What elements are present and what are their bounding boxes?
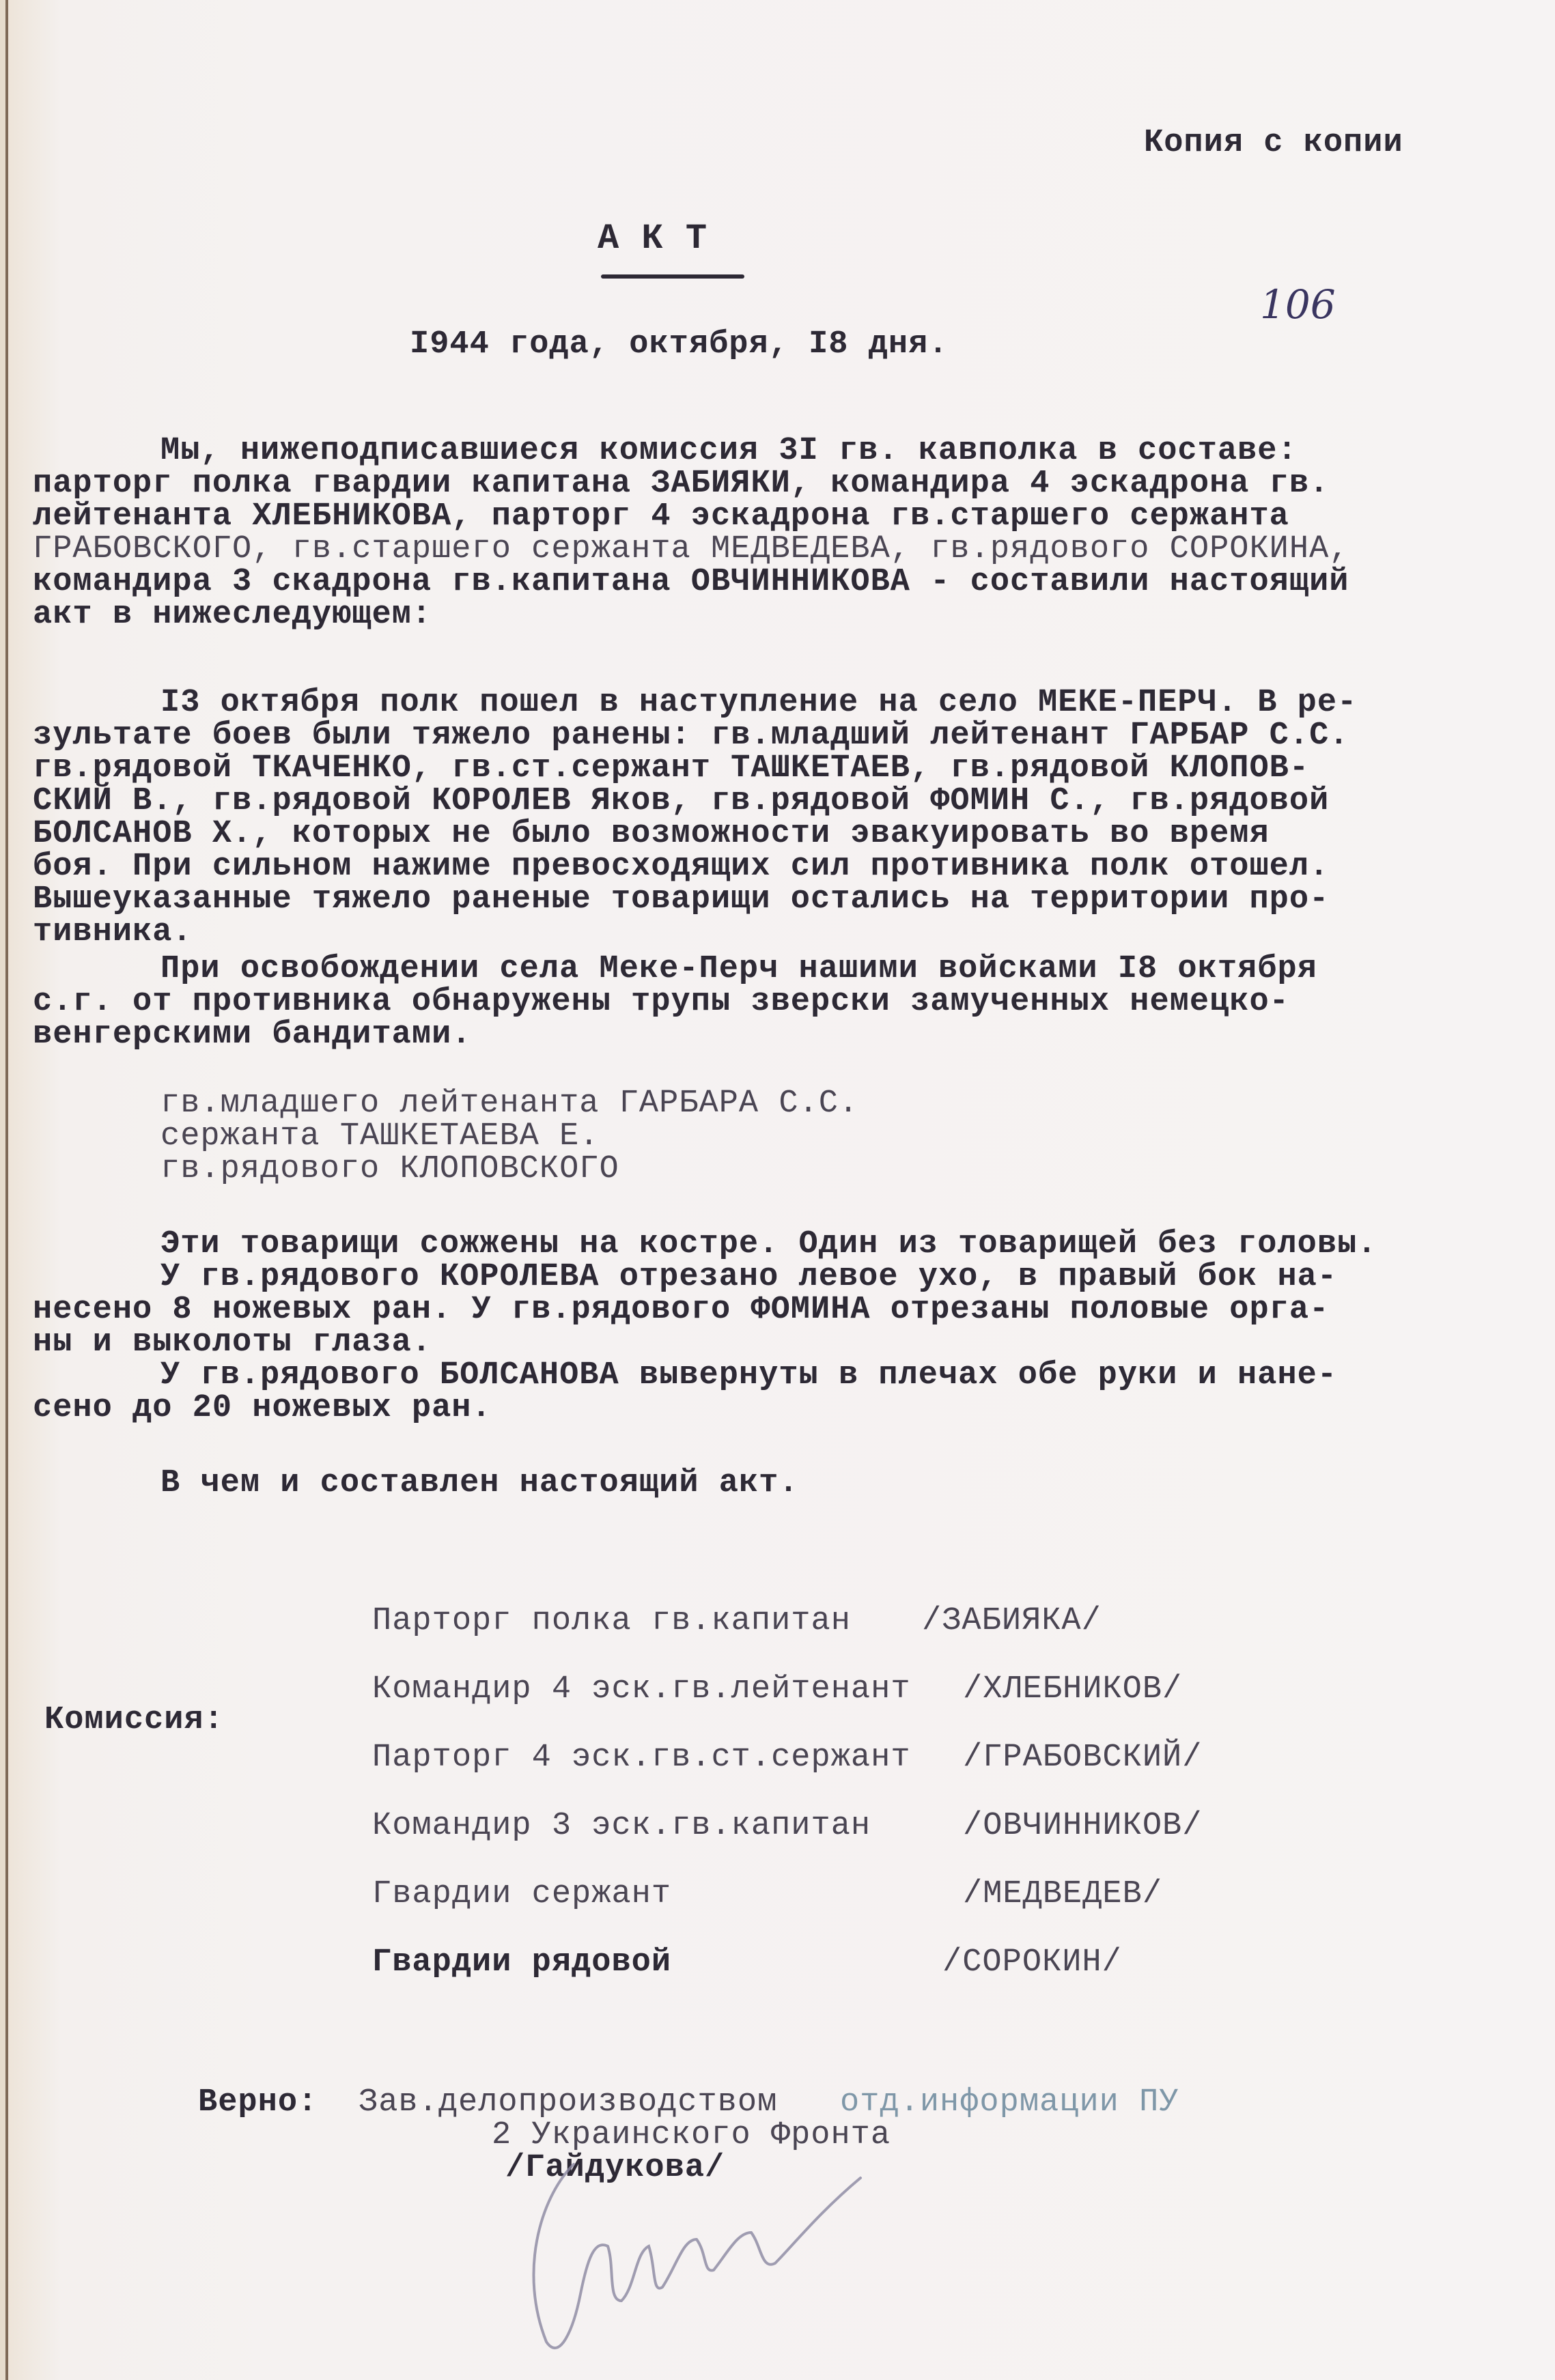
text-line: При освобождении села Меке-Перч нашими в… (160, 952, 1317, 987)
text-line: ГРАБОВСКОГО, гв.старшего сержанта МЕДВЕД… (33, 533, 1349, 567)
text-line: У гв.рядового КОРОЛЕВА отрезано левое ух… (160, 1260, 1337, 1294)
commission-label: Комиссия: (44, 1703, 224, 1738)
victim-item: гв.рядового КЛОПОВСКОГО (160, 1152, 619, 1187)
member-name: /МЕДВЕДЕВ/ (963, 1878, 1162, 1912)
member-name: /ХЛЕБНИКОВ/ (963, 1673, 1182, 1707)
text-line: зультате боев были тяжело ранены: гв.мла… (33, 719, 1349, 753)
text-line: несено 8 ножевых ран. У гв.рядового ФОМИ… (33, 1293, 1329, 1327)
member-name: /ЗАБИЯКА/ (922, 1604, 1102, 1639)
text-line: БОЛСАНОВ Х., которых не было возможности… (33, 817, 1270, 851)
closing-line: В чем и составлен настоящий акт. (160, 1467, 799, 1501)
text-line: ны и выколоты глаза. (33, 1326, 432, 1360)
member-name: /ГРАБОВСКИЙ/ (963, 1741, 1202, 1775)
binding-strip (0, 0, 5, 2380)
binding-edge (5, 0, 8, 2380)
member-role: Гвардии рядовой (372, 1946, 671, 1980)
text-line: Эти товарищи сожжены на костре. Один из … (160, 1228, 1377, 1262)
copy-note: Копия с копии (1144, 126, 1403, 160)
text-line: гв.рядовой ТКАЧЕНКО, гв.ст.сержант ТАШКЕ… (33, 752, 1309, 786)
text-line: акт в нижеследующем: (33, 598, 432, 632)
text-line: лейтенанта ХЛЕБНИКОВА, парторг 4 эскадро… (33, 500, 1289, 534)
victim-item: гв.младшего лейтенанта ГАРБАРА С.С. (160, 1087, 858, 1121)
member-role: Парторг полка гв.капитан (372, 1604, 851, 1639)
text-line: парторг полка гвардии капитана ЗАБИЯКИ, … (33, 467, 1329, 501)
text-line: У гв.рядового БОЛСАНОВА вывернуты в плеч… (160, 1359, 1337, 1393)
text-line: Мы, нижеподписавшиеся комиссия 3I гв. ка… (160, 434, 1298, 468)
certification-label: Верно: (198, 2086, 318, 2120)
member-role: Парторг 4 эск.гв.ст.сержант (372, 1741, 911, 1775)
text-line: Вышеуказанные тяжело раненые товарищи ос… (33, 883, 1329, 917)
text-line: командира 3 скадрона гв.капитана ОВЧИННИ… (33, 565, 1349, 599)
member-name: /ОВЧИННИКОВ/ (963, 1809, 1202, 1843)
member-role: Командир 3 эск.гв.капитан (372, 1809, 871, 1843)
date-line: I944 года, октября, I8 дня. (410, 328, 949, 362)
handwritten-page-number: 106 (1260, 281, 1336, 328)
document-title: А К Т (598, 222, 708, 256)
text-line: венгерскими бандитами. (33, 1018, 472, 1052)
text-line: боя. При сильном нажиме превосходящих си… (33, 850, 1329, 884)
certification-line1: Зав.делопроизводством (359, 2086, 777, 2120)
text-line: I3 октября полк пошел в наступление на с… (160, 686, 1357, 720)
text-line: СКИЙ В., гв.рядовой КОРОЛЕВ Яков, гв.ряд… (33, 784, 1329, 819)
member-role: Гвардии сержант (372, 1878, 671, 1912)
victim-item: сержанта ТАШКЕТАЕВА Е. (160, 1120, 600, 1154)
member-name: /СОРОКИН/ (942, 1946, 1122, 1980)
member-role: Командир 4 эск.гв.лейтенант (372, 1673, 911, 1707)
text-line: тивника. (33, 916, 193, 950)
certification-department: отд.информации ПУ (840, 2086, 1179, 2120)
text-line: с.г. от противника обнаружены трупы звер… (33, 985, 1289, 1019)
text-line: сено до 20 ножевых ран. (33, 1391, 492, 1426)
title-underline (601, 274, 744, 279)
handwritten-signature (478, 2137, 956, 2362)
